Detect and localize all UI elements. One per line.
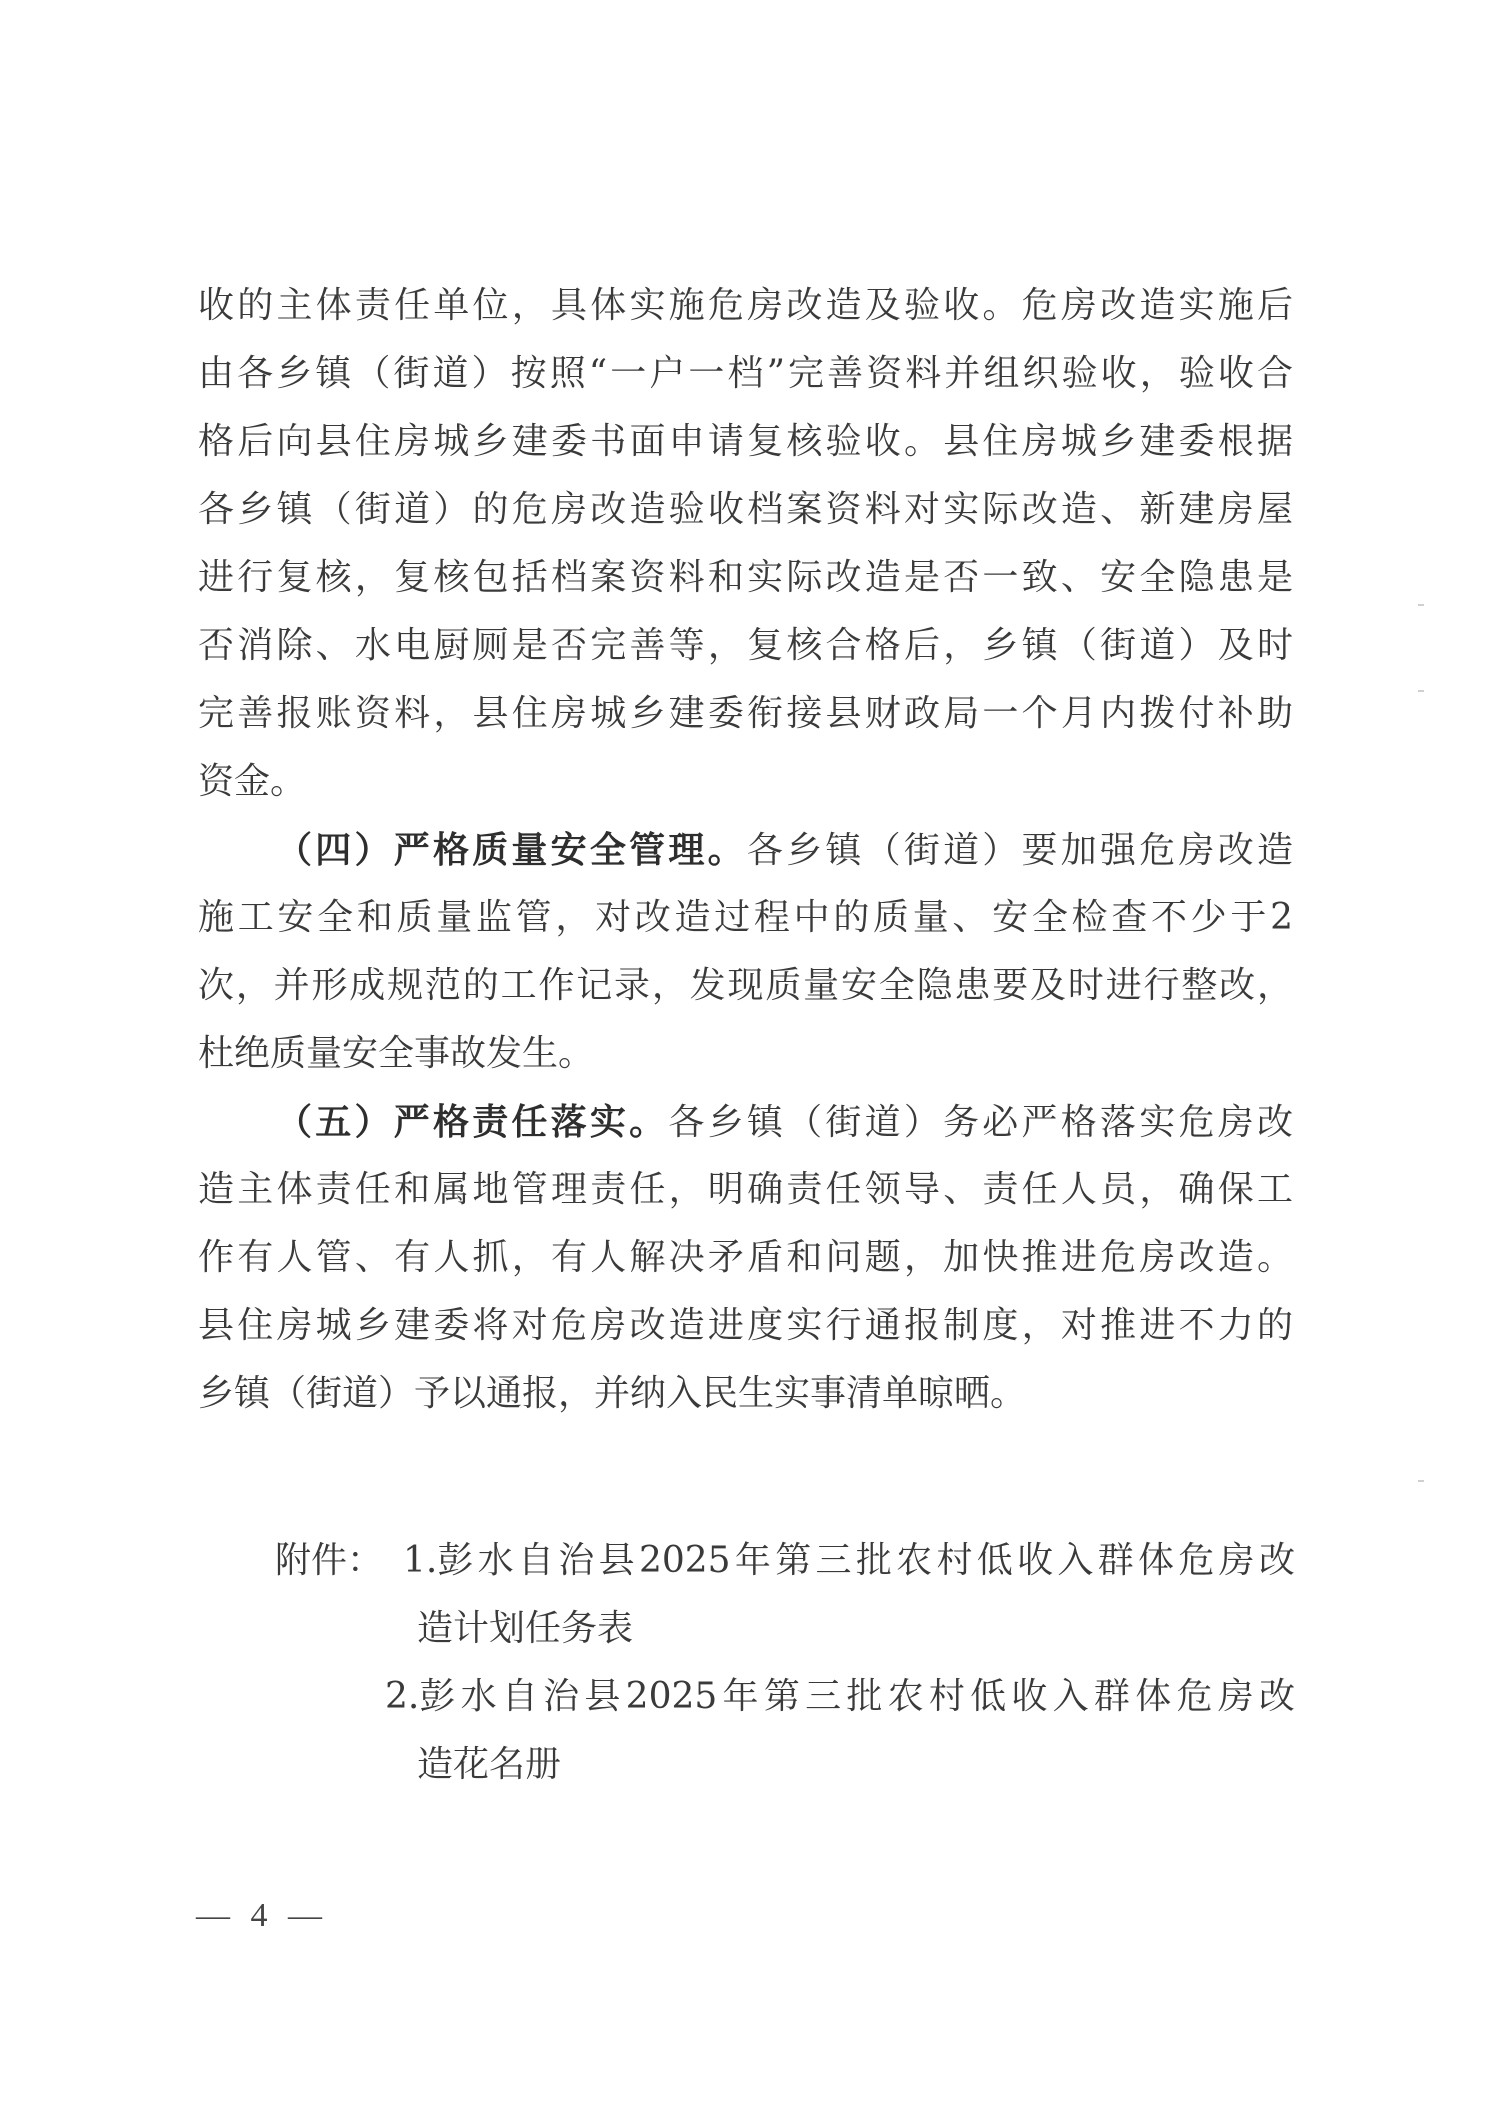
text-line: 作有人管、有人抓，有人解决矛盾和问题，加快推进危房改造。 [198, 1234, 1293, 1302]
page-number: — 4 — [196, 1896, 328, 1936]
text-line: 各乡镇（街道）的危房改造验收档案资料对实际改造、新建房屋 [198, 486, 1293, 554]
scan-artifact [1418, 1480, 1424, 1482]
attachment-number: 2. [385, 1673, 419, 1741]
text-line: 造主体责任和属地管理责任，明确责任领导、责任人员，确保工 [198, 1166, 1293, 1234]
paragraph-acceptance-process: 收的主体责任单位，具体实施危房改造及验收。危房改造实施后 由各乡镇（街道）按照“… [198, 282, 1293, 826]
attachment-number: 1. [403, 1537, 437, 1605]
text-line: 杜绝质量安全事故发生。 [198, 1030, 1293, 1098]
attachment-title: 彭水自治县2025年第三批农村低收入群体危房改 [419, 1673, 1295, 1741]
attachment-title-continued: 造计划任务表 [275, 1605, 1295, 1673]
text-line: 否消除、水电厨厕是否完善等，复核合格后，乡镇（街道）及时 [198, 622, 1293, 690]
text-line: （五）严格责任落实。各乡镇（街道）务必严格落实危房改 [198, 1098, 1293, 1166]
paragraph-quality-safety: （四）严格质量安全管理。各乡镇（街道）要加强危房改造 施工安全和质量监管，对改造… [198, 826, 1293, 1098]
attachment-title-continued: 造花名册 [275, 1741, 1295, 1809]
text-line: 由各乡镇（街道）按照“一户一档”完善资料并组织验收，验收合 [198, 350, 1293, 418]
attachment-item-1: 附件： 1. 彭水自治县2025年第三批农村低收入群体危房改 [275, 1537, 1295, 1605]
attachments-list: 附件： 1. 彭水自治县2025年第三批农村低收入群体危房改 造计划任务表 2.… [275, 1537, 1295, 1809]
text-line: 施工安全和质量监管，对改造过程中的质量、安全检查不少于2 [198, 894, 1293, 962]
section-heading-5: （五）严格责任落实。 [276, 1101, 668, 1143]
text-line: 县住房城乡建委将对危房改造进度实行通报制度，对推进不力的 [198, 1302, 1293, 1370]
attachments-label: 附件： [275, 1537, 403, 1605]
scan-artifact [1418, 604, 1424, 606]
attachment-title: 造花名册 [417, 1741, 561, 1809]
text-line: 格后向县住房城乡建委书面申请复核验收。县住房城乡建委根据 [198, 418, 1293, 486]
text-line: 乡镇（街道）予以通报，并纳入民生实事清单晾晒。 [198, 1370, 1293, 1438]
text-line: 完善报账资料，县住房城乡建委衔接县财政局一个月内拨付补助 [198, 690, 1293, 758]
attachment-title: 造计划任务表 [417, 1605, 633, 1673]
attachment-title: 彭水自治县2025年第三批农村低收入群体危房改 [437, 1537, 1295, 1605]
scan-artifact [1418, 690, 1424, 692]
text-line: 次，并形成规范的工作记录，发现质量安全隐患要及时进行整改， [198, 962, 1293, 1030]
attachment-item-2: 2. 彭水自治县2025年第三批农村低收入群体危房改 [275, 1673, 1295, 1741]
text-fragment: 各乡镇（街道）要加强危房改造 [747, 830, 1293, 871]
document-body: 收的主体责任单位，具体实施危房改造及验收。危房改造实施后 由各乡镇（街道）按照“… [198, 282, 1293, 1438]
text-fragment: 各乡镇（街道）务必严格落实危房改 [668, 1102, 1293, 1143]
text-line: 资金。 [198, 758, 1293, 826]
text-line: 收的主体责任单位，具体实施危房改造及验收。危房改造实施后 [198, 282, 1293, 350]
paragraph-responsibility: （五）严格责任落实。各乡镇（街道）务必严格落实危房改 造主体责任和属地管理责任，… [198, 1098, 1293, 1438]
text-line: 进行复核，复核包括档案资料和实际改造是否一致、安全隐患是 [198, 554, 1293, 622]
section-heading-4: （四）严格质量安全管理。 [276, 829, 747, 871]
text-line: （四）严格质量安全管理。各乡镇（街道）要加强危房改造 [198, 826, 1293, 894]
